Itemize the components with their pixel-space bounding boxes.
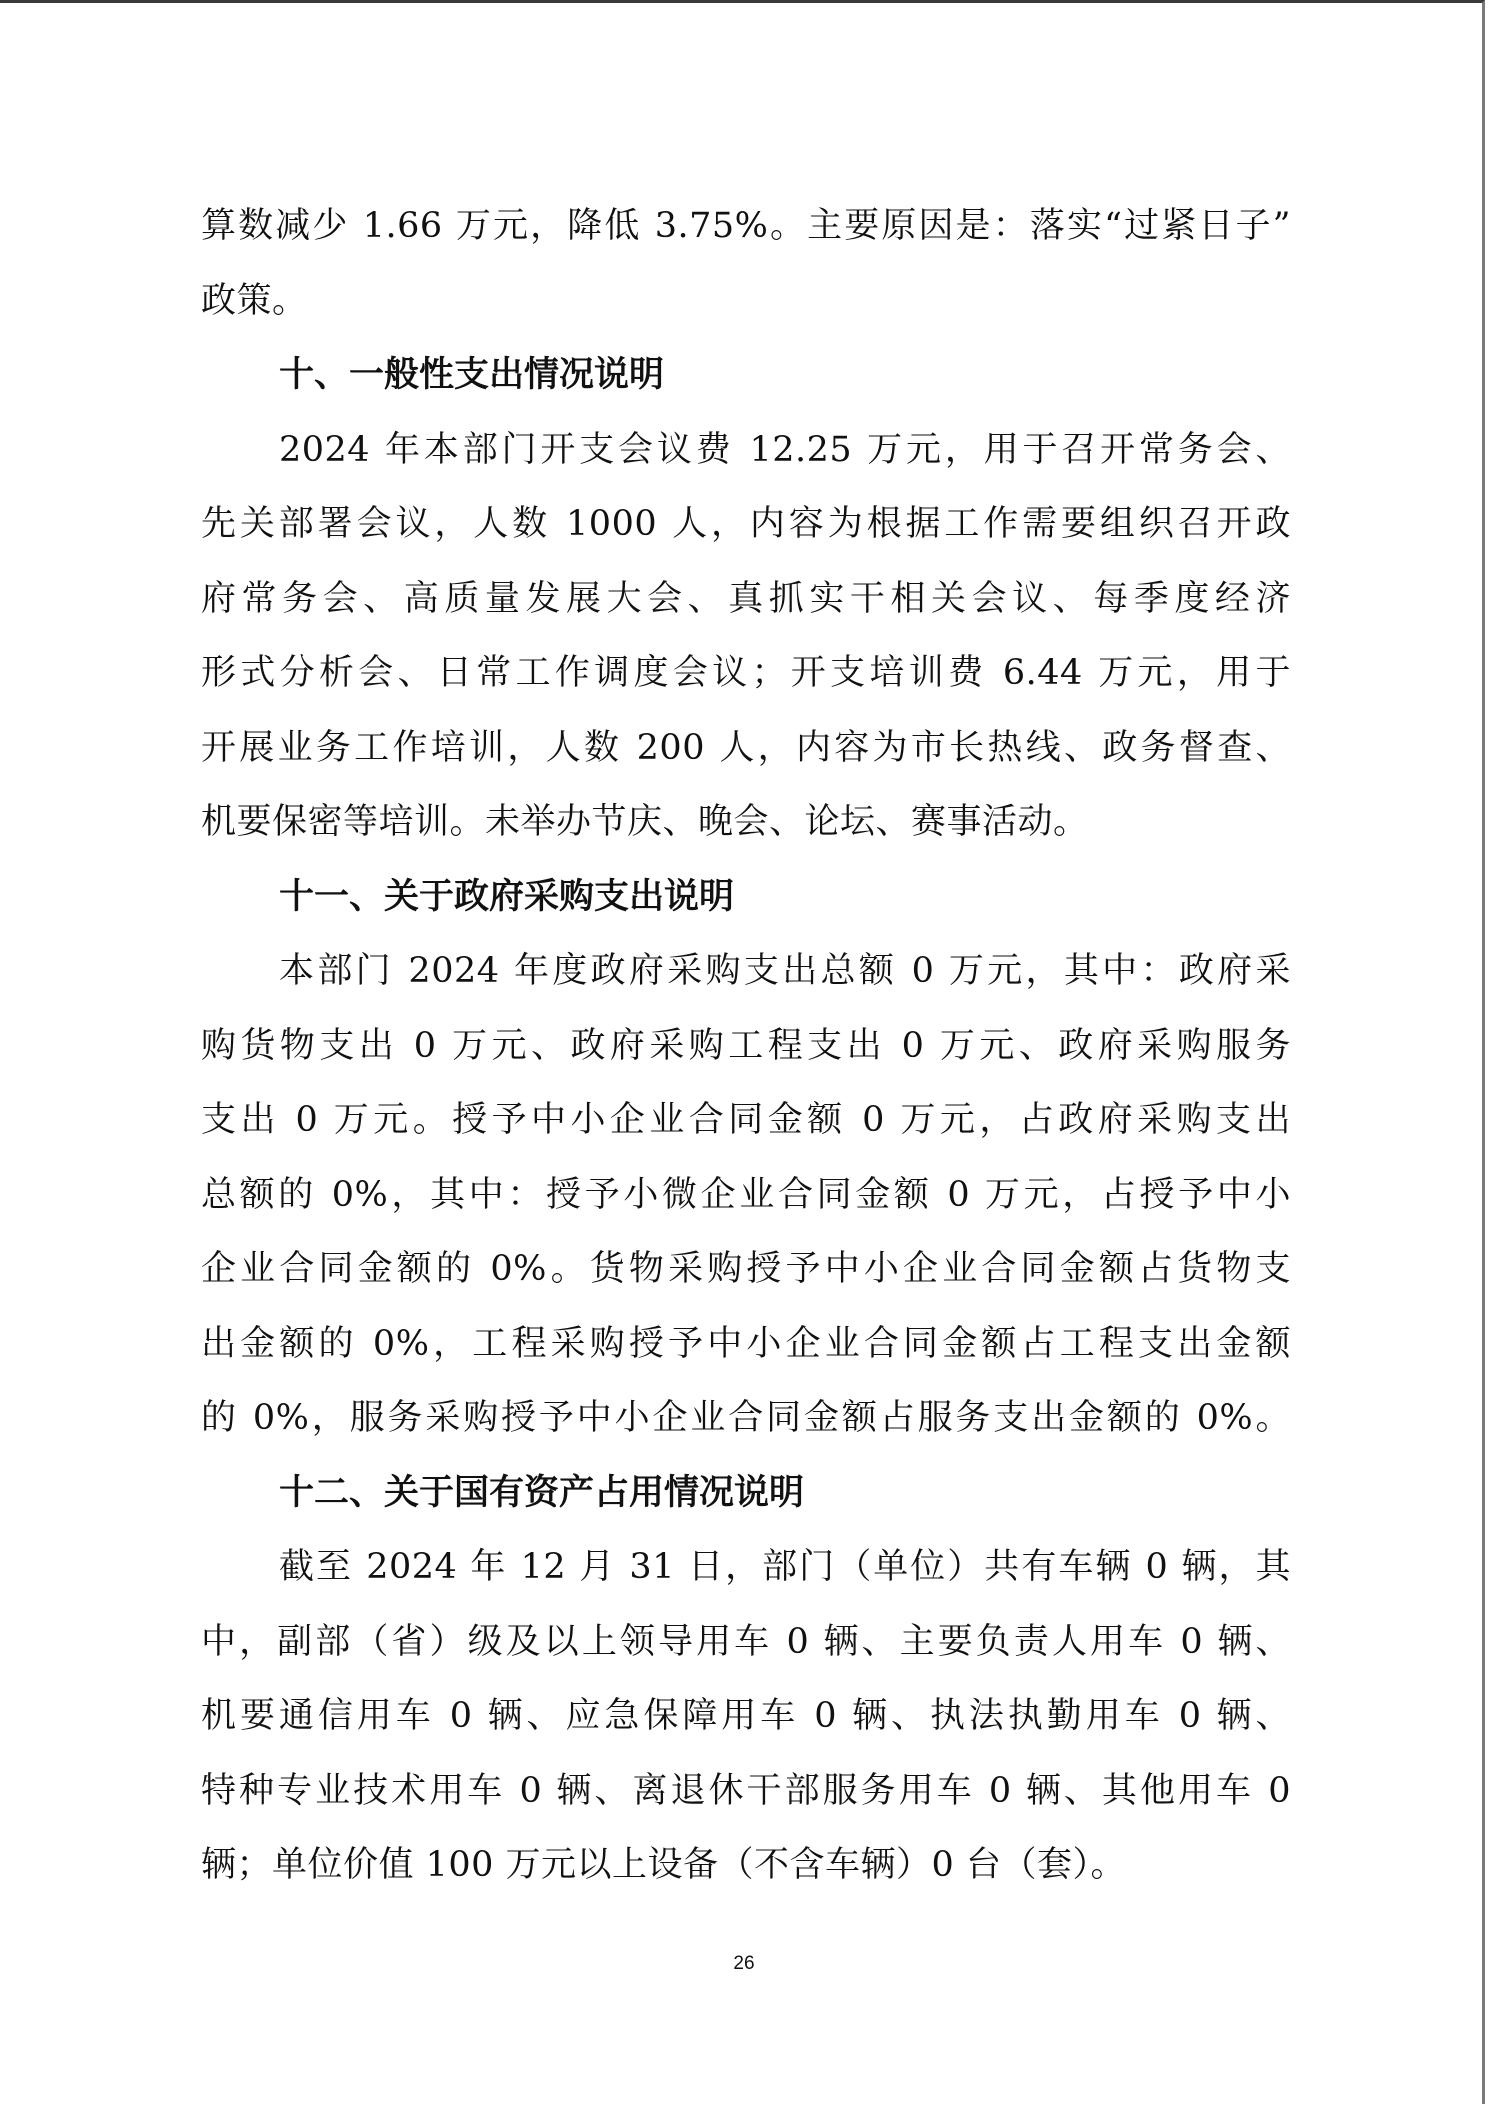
text-line: 的 0%，服务采购授予中小企业合同金额占服务支出金额的 0%。 [201,1381,1291,1456]
text-line: 形式分析会、日常工作调度会议；开支培训费 6.44 万元，用于 [201,636,1291,711]
text-line: 中，副部（省）级及以上领导用车 0 辆、主要负责人用车 0 辆、 [201,1605,1291,1680]
section-heading-state-assets: 十二、关于国有资产占用情况说明 [201,1456,1291,1531]
text-line: 企业合同金额的 0%。货物采购授予中小企业合同金额占货物支 [201,1232,1291,1307]
text-line: 政策。 [201,264,1291,339]
paragraph-budget-reduction: 算数减少 1.66 万元，降低 3.75%。主要原因是：落实“过紧日子” 政策。 [201,189,1291,338]
paragraph-government-procurement: 本部门 2024 年度政府采购支出总额 0 万元，其中：政府采 购货物支出 0 … [201,934,1291,1456]
text-line: 2024 年本部门开支会议费 12.25 万元，用于召开常务会、 [201,413,1291,488]
text-line: 机要保密等培训。未举办节庆、晚会、论坛、赛事活动。 [201,785,1291,860]
text-line: 机要通信用车 0 辆、应急保障用车 0 辆、执法执勤用车 0 辆、 [201,1679,1291,1754]
text-line: 购货物支出 0 万元、政府采购工程支出 0 万元、政府采购服务 [201,1009,1291,1084]
paragraph-state-assets: 截至 2024 年 12 月 31 日，部门（单位）共有车辆 0 辆，其 中，副… [201,1530,1291,1903]
text-line: 辆；单位价值 100 万元以上设备（不含车辆）0 台（套）。 [201,1828,1291,1903]
text-line: 先关部署会议，人数 1000 人，内容为根据工作需要组织召开政 [201,487,1291,562]
paragraph-general-expenditure: 2024 年本部门开支会议费 12.25 万元，用于召开常务会、 先关部署会议，… [201,413,1291,860]
text-line: 算数减少 1.66 万元，降低 3.75%。主要原因是：落实“过紧日子” [201,189,1291,264]
section-heading-government-procurement: 十一、关于政府采购支出说明 [201,860,1291,935]
text-line: 府常务会、高质量发展大会、真抓实干相关会议、每季度经济 [201,562,1291,637]
document-page: 算数减少 1.66 万元，降低 3.75%。主要原因是：落实“过紧日子” 政策。… [0,0,1485,2104]
page-body: 算数减少 1.66 万元，降低 3.75%。主要原因是：落实“过紧日子” 政策。… [201,189,1291,1903]
text-line: 特种专业技术用车 0 辆、离退休干部服务用车 0 辆、其他用车 0 [201,1754,1291,1829]
section-heading-general-expenditure: 十、一般性支出情况说明 [201,338,1291,413]
text-line: 总额的 0%，其中：授予小微企业合同金额 0 万元，占授予中小 [201,1158,1291,1233]
page-number: 26 [0,1953,1488,1975]
text-line: 支出 0 万元。授予中小企业合同金额 0 万元，占政府采购支出 [201,1083,1291,1158]
text-line: 开展业务工作培训，人数 200 人，内容为市长热线、政务督查、 [201,711,1291,786]
text-line: 本部门 2024 年度政府采购支出总额 0 万元，其中：政府采 [201,934,1291,1009]
text-line: 出金额的 0%，工程采购授予中小企业合同金额占工程支出金额 [201,1307,1291,1382]
text-line: 截至 2024 年 12 月 31 日，部门（单位）共有车辆 0 辆，其 [201,1530,1291,1605]
